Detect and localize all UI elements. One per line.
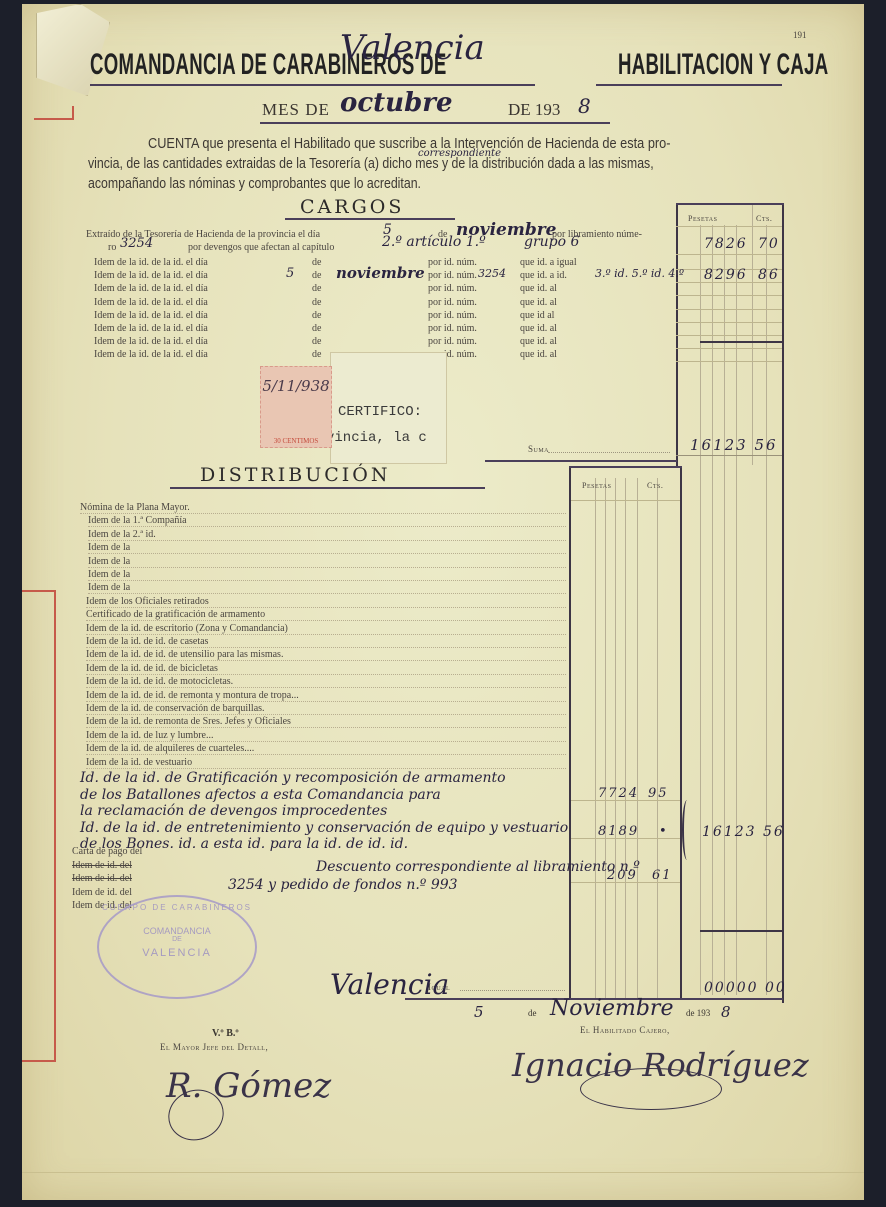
header-underline-left bbox=[90, 84, 535, 86]
cargos-col-pesetas: Pesetas bbox=[688, 214, 717, 223]
entry-1-pesetas: 7724 bbox=[598, 786, 639, 801]
distribution-row: Idem de la bbox=[88, 582, 566, 594]
right-signer-role: El Habilitado Cajero, bbox=[580, 1025, 670, 1035]
distribution-row: Idem de la id. de vestuario bbox=[86, 757, 566, 769]
idem-prefix: Idem de la id. de la id. el día bbox=[94, 257, 208, 268]
footer-day: 5 bbox=[474, 1003, 484, 1021]
cargos-row-rule bbox=[676, 322, 782, 323]
ruled-line bbox=[595, 478, 596, 998]
month-label: MES DE bbox=[262, 100, 330, 120]
idem-de: de bbox=[312, 310, 321, 321]
carta-row: Idem de id. del bbox=[72, 860, 132, 871]
header-city-handwritten: Valencia bbox=[340, 28, 485, 68]
dist-col-cts: Cts. bbox=[647, 481, 663, 490]
page-fold bbox=[22, 1172, 864, 1173]
dist-col-top bbox=[569, 466, 682, 468]
distribucion-underline bbox=[170, 487, 485, 489]
distribution-row: Idem de la id. de remonta de Sres. Jefes… bbox=[86, 716, 566, 728]
fiscal-stamp-value: 30 CENTIMOS bbox=[261, 437, 331, 445]
idem-de: de bbox=[312, 349, 321, 360]
idem-por: por id. núm. bbox=[428, 270, 477, 281]
distribucion-title: DISTRIBUCIÓN bbox=[200, 464, 390, 486]
distribution-row: Idem de la 1.ª Compañía bbox=[88, 515, 566, 527]
entry-1-line-3: la reclamación de devengos improcedentes bbox=[80, 803, 570, 820]
suma-dots bbox=[548, 444, 670, 453]
seal-outer-text: CUERPO DE CARABINEROS bbox=[99, 903, 255, 912]
distribution-row: Idem de la id. de id. de bicicletas bbox=[86, 663, 566, 675]
suma-label: Suma bbox=[528, 444, 549, 454]
suma-underline bbox=[485, 460, 677, 462]
cargos-col-cts: Cts. bbox=[756, 214, 772, 223]
idem-que: que id. al bbox=[520, 323, 557, 334]
idem-prefix: Idem de la id. de la id. el día bbox=[94, 297, 208, 308]
intro-line-1: CUENTA que presenta el Habilitado que su… bbox=[148, 136, 671, 152]
distribution-total-right: 16123 56 bbox=[702, 824, 785, 840]
cargos-ro: ro bbox=[108, 242, 116, 253]
handwritten-entry-1: Id. de la id. de Gratificación y recompo… bbox=[80, 770, 570, 853]
intro-line-3: acompañando las nóminas y comprobantes q… bbox=[88, 176, 421, 192]
seal-inner-2: DE bbox=[99, 936, 255, 943]
distribution-row: Idem de la 2.ª id. bbox=[88, 529, 566, 541]
certifico-label: CERTIFICO: bbox=[338, 404, 422, 420]
dist-row-rule bbox=[571, 800, 680, 801]
ruled-line bbox=[615, 478, 616, 998]
footer-de: de bbox=[528, 1008, 537, 1018]
cargos-devengos-text: por devengos que afectan al capítulo bbox=[188, 242, 334, 253]
distribution-row: Idem de la id. de id. de motocicletas. bbox=[86, 676, 566, 688]
cargos-title: CARGOS bbox=[300, 196, 404, 218]
idem-prefix: Idem de la id. de la id. el día bbox=[94, 310, 208, 321]
distribution-row: Idem de la id. de id. de remonta y montu… bbox=[86, 690, 566, 702]
dist-col-right-border bbox=[680, 466, 682, 1000]
idem-que: que id al bbox=[520, 310, 554, 321]
idem-que: que id. al bbox=[520, 283, 557, 294]
visto-bueno: V.º B.º bbox=[212, 1028, 239, 1039]
idem-por: por id. núm. bbox=[428, 336, 477, 347]
distribution-row: Nómina de la Plana Mayor. bbox=[80, 502, 566, 514]
idem-prefix: Idem de la id. de la id. el día bbox=[94, 270, 208, 281]
cargos-row-rule bbox=[676, 309, 782, 310]
entry-1-line-1: Id. de la id. de Gratificación y recompo… bbox=[80, 770, 570, 787]
cargos-group: grupo 6 bbox=[524, 234, 579, 250]
footer-month: Noviembre bbox=[550, 996, 673, 1021]
suma-value: 16123 56 bbox=[690, 436, 778, 454]
distribution-row: Idem de la id. de alquileres de cuartele… bbox=[86, 743, 566, 755]
idem-prefix: Idem de la id. de la id. el día bbox=[94, 283, 208, 294]
idem-de: de bbox=[312, 270, 321, 281]
idem-por: por id. núm. bbox=[428, 283, 477, 294]
year-handwritten: 8 bbox=[578, 94, 591, 118]
carta-row: Idem de id. del bbox=[72, 873, 132, 884]
red-string-top-bar bbox=[34, 118, 72, 120]
fiscal-stamp-date: 5/11/938 bbox=[261, 377, 331, 395]
cargos-libramiento-number: 3254 bbox=[120, 236, 153, 251]
cargos-row-rule bbox=[676, 335, 782, 336]
idem-por: por id. núm. bbox=[428, 257, 477, 268]
distribution-row: Idem de la id. de id. de utensilio para … bbox=[86, 649, 566, 661]
month-handwritten: octubre bbox=[340, 88, 453, 118]
carta-row: Carta de pago del bbox=[72, 846, 142, 857]
fiscal-stamp: 5/11/938 30 CENTIMOS bbox=[260, 366, 332, 448]
distribution-row: Idem de los Oficiales retirados bbox=[86, 596, 566, 608]
distribution-row: Idem de la id. de luz y lumbre... bbox=[86, 730, 566, 742]
entry-2-cts: • bbox=[659, 824, 667, 839]
dist-cts-divider bbox=[637, 478, 638, 998]
distribution-row: Idem de la bbox=[88, 542, 566, 554]
idem-por: por id. núm. bbox=[428, 323, 477, 334]
entry-3-line-1: Descuento correspondiente al libramiento… bbox=[168, 858, 640, 876]
idem-prefix: Idem de la id. de la id. el día bbox=[94, 349, 208, 360]
idem-prefix: Idem de la id. de la id. el día bbox=[94, 336, 208, 347]
distribution-row: Idem de la id. de conservación de barqui… bbox=[86, 703, 566, 715]
year-label: DE 193 bbox=[508, 100, 560, 120]
idem-day: 5 bbox=[286, 266, 294, 281]
handwritten-entry-3: Descuento correspondiente al libramiento… bbox=[168, 858, 640, 894]
cargos-row-rule bbox=[676, 348, 782, 349]
ruled-line bbox=[605, 478, 606, 998]
idem-de: de bbox=[312, 336, 321, 347]
header-habilitacion: HABILITACION Y CAJA bbox=[618, 48, 829, 82]
entry-3-line-2: 3254 y pedido de fondos n.º 993 bbox=[168, 876, 640, 894]
idem-por: por id. núm. bbox=[428, 310, 477, 321]
idem-de: de bbox=[312, 297, 321, 308]
carta-row: Idem de id. del bbox=[72, 887, 132, 898]
comandancia-seal: CUERPO DE CARABINEROS COMANDANCIA DE VAL… bbox=[97, 895, 257, 999]
idem-cts: 86 bbox=[758, 267, 780, 283]
entry-2-pesetas: 8189 bbox=[598, 824, 639, 839]
dist-col-left-border bbox=[569, 466, 571, 1000]
entry-2-line-1: Id. de la id. de entretenimiento y conse… bbox=[80, 820, 570, 837]
header-underline-right bbox=[596, 84, 782, 86]
distribution-row: Idem de la id. de escritorio (Zona y Com… bbox=[86, 623, 566, 635]
left-signer-role: El Mayor Jefe del Detall, bbox=[160, 1042, 268, 1052]
cargos-row1-cts: 70 bbox=[758, 236, 780, 252]
idem-que: que id. a id. bbox=[520, 270, 567, 281]
idem-de: de bbox=[312, 283, 321, 294]
igual-value: 00000 00 bbox=[704, 980, 787, 996]
cargos-subtotal-rule bbox=[700, 341, 784, 343]
distribution-row: Idem de la bbox=[88, 556, 566, 568]
cargos-row-rule bbox=[676, 282, 782, 283]
dist-col-pesetas: Pesetas bbox=[582, 481, 611, 490]
cargos-row-rule bbox=[676, 361, 782, 362]
cargos-row1-pesetas: 7826 bbox=[704, 236, 748, 252]
entry-1-line-2: de los Batallones afectos a esta Comanda… bbox=[80, 787, 570, 804]
seal-inner-1: COMANDANCIA bbox=[99, 926, 255, 936]
cargos-header-rule bbox=[676, 226, 782, 227]
entry-2-line-2: de los Bones. id. a esta id. para la id.… bbox=[80, 836, 570, 853]
footer-place: Valencia bbox=[330, 968, 449, 1001]
idem-que: que id. a igual bbox=[520, 257, 577, 268]
cargos-chapter: 2.º artículo 1.º bbox=[382, 234, 486, 250]
idem-concept: 3.º id. 5.º id. 4.º bbox=[595, 267, 684, 280]
distribution-row: Idem de la bbox=[88, 569, 566, 581]
seal-inner-3: VALENCIA bbox=[99, 947, 255, 959]
red-string-side bbox=[22, 590, 56, 1062]
idem-prefix: Idem de la id. de la id. el día bbox=[94, 323, 208, 334]
ruled-line bbox=[657, 478, 658, 998]
idem-por: por id. núm. bbox=[428, 297, 477, 308]
cargos-col-right-border bbox=[782, 203, 784, 1003]
idem-month: noviembre bbox=[336, 264, 425, 282]
dist-row-rule bbox=[571, 838, 680, 839]
idem-que: que id. al bbox=[520, 349, 557, 360]
cargos-col-top bbox=[676, 203, 784, 205]
idem-que: que id. al bbox=[520, 297, 557, 308]
suma-rule bbox=[676, 455, 782, 456]
idem-de: de bbox=[312, 257, 321, 268]
entry-1-cts: 95 bbox=[648, 786, 669, 801]
dist-right-subtotal-rule bbox=[700, 930, 782, 932]
brace-icon bbox=[682, 800, 692, 860]
cargos-underline bbox=[285, 218, 455, 220]
entry-3-cts: 61 bbox=[652, 868, 673, 883]
dist-header-rule bbox=[571, 500, 680, 501]
idem-de: de bbox=[312, 323, 321, 334]
cargos-row-rule bbox=[676, 254, 782, 255]
footer-year-label: de 193 bbox=[686, 1008, 710, 1018]
idem-pesetas: 8296 bbox=[704, 267, 748, 283]
certifico-continuation: vincia, la c bbox=[326, 430, 427, 446]
igual-dots bbox=[460, 982, 565, 991]
ruled-line bbox=[625, 478, 626, 998]
footer-year-handwritten: 8 bbox=[721, 1003, 731, 1021]
distribution-row: Certificado de la gratificación de armam… bbox=[86, 609, 566, 621]
intro-line-2: vincia, de las cantidades extraidas de l… bbox=[88, 156, 654, 172]
signature-flourish bbox=[580, 1068, 722, 1110]
idem-num: 3254 bbox=[478, 267, 506, 280]
page-number: 191 bbox=[793, 30, 807, 40]
cargos-row-rule bbox=[676, 295, 782, 296]
month-underline bbox=[260, 122, 610, 124]
distribution-row: Idem de la id. de id. de casetas bbox=[86, 636, 566, 648]
idem-que: que id. al bbox=[520, 336, 557, 347]
